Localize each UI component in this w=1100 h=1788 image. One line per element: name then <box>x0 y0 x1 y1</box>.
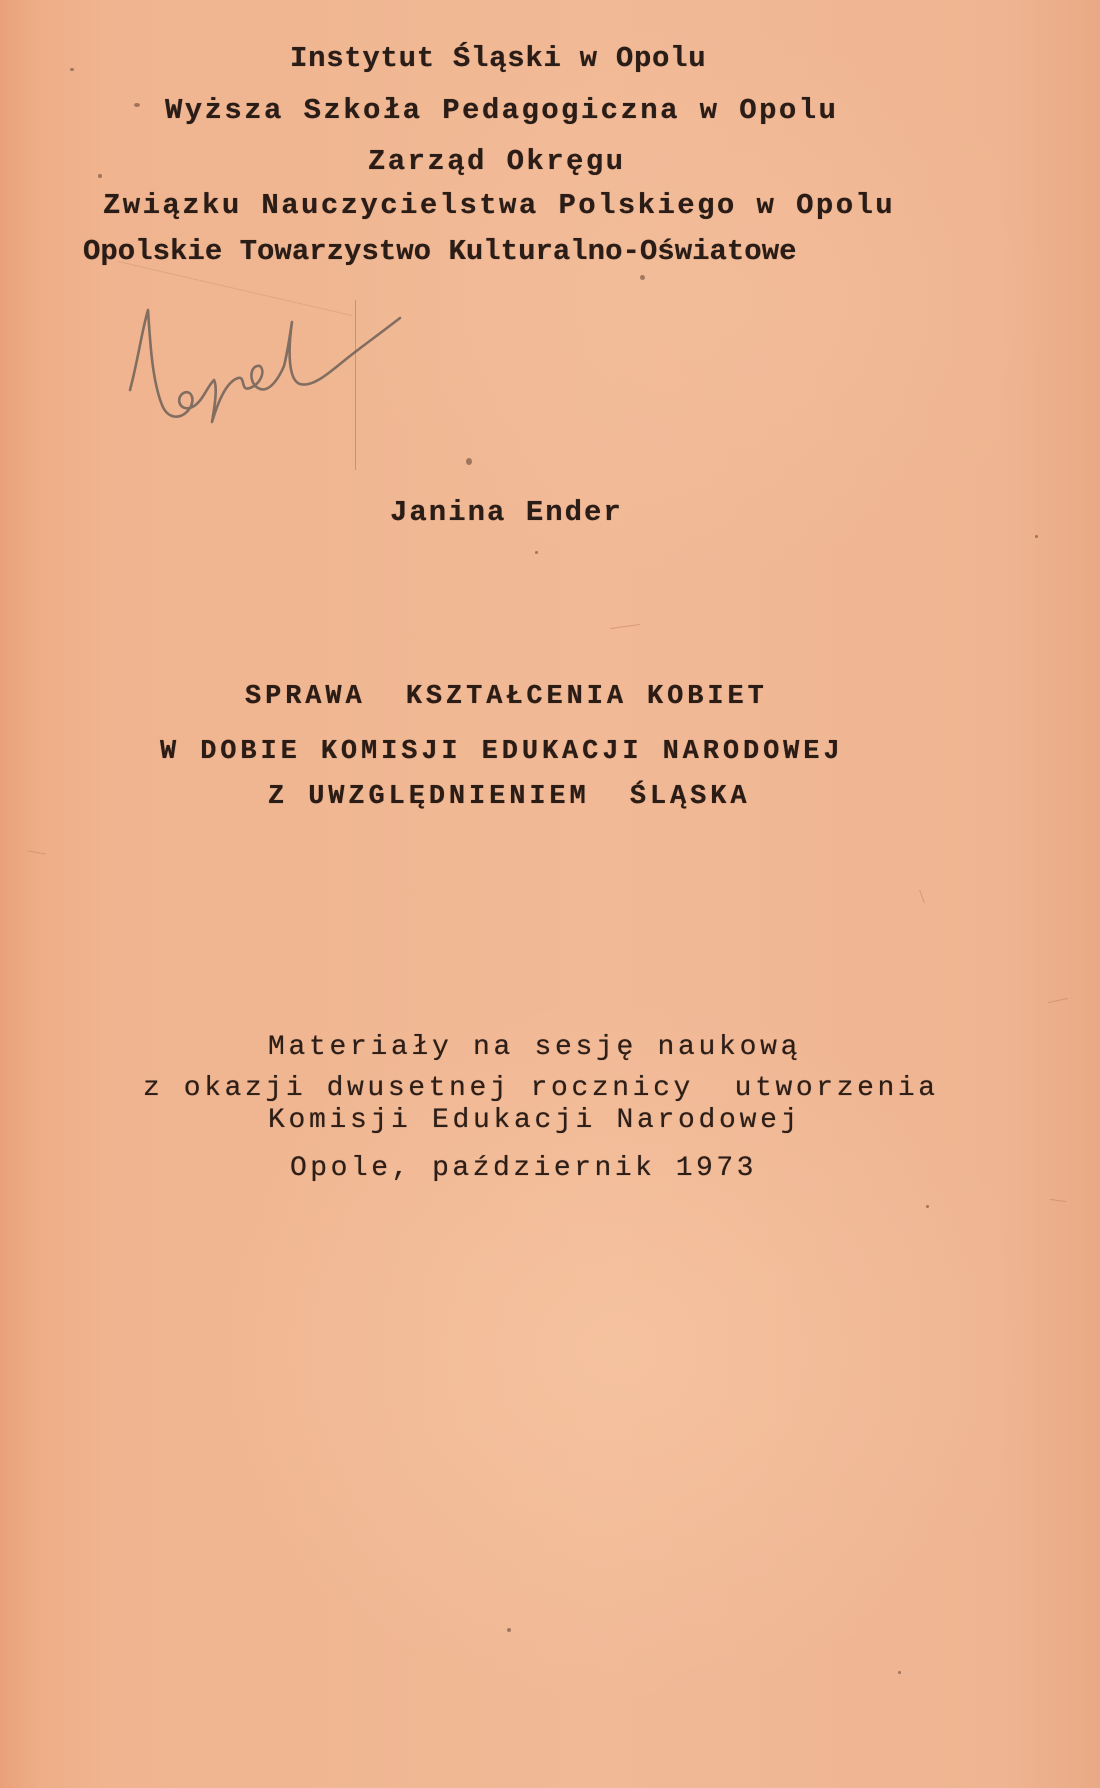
place-date: Opole, październik 1973 <box>290 1155 1100 1183</box>
paper-speck <box>535 551 538 554</box>
title-line-3: Z UWZGLĘDNIENIEM ŚLĄSKA <box>268 784 1100 811</box>
paper-speck <box>898 1671 901 1674</box>
paper-fold-line <box>355 300 356 470</box>
paper-speck <box>98 174 102 178</box>
title-line-2: W DOBIE KOMISJI EDUKACJI NARODOWEJ <box>160 739 1100 766</box>
header-line-district-board: Zarząd Okręgu <box>368 147 1100 176</box>
header-line-institute: Instytut Śląski w Opolu <box>290 44 1100 73</box>
subtitle-line-1: Materiały na sesję naukową <box>268 1034 1100 1062</box>
paper-fiber <box>1050 1199 1066 1202</box>
subtitle-line-2: z okazji dwusetnej rocznicy utworzenia <box>143 1075 1100 1103</box>
paper-speck <box>70 68 74 71</box>
title-line-1: SPRAWA KSZTAŁCENIA KOBIET <box>245 684 1100 711</box>
author-name: Janina Ender <box>390 498 1100 527</box>
document-page: Instytut Śląski w Opolu Wyższa Szkoła Pe… <box>0 0 1100 1788</box>
subtitle-line-3: Komisji Edukacji Narodowej <box>268 1107 1100 1135</box>
handwritten-signature-icon <box>110 270 410 470</box>
paper-speck <box>507 1628 511 1632</box>
paper-fiber <box>919 890 925 903</box>
paper-speck <box>640 275 645 280</box>
header-line-pedagogical-school: Wyższa Szkoła Pedagogiczna w Opolu <box>165 96 1100 125</box>
paper-fiber <box>1048 998 1068 1003</box>
paper-fiber <box>610 624 640 629</box>
header-line-cultural-society: Opolskie Towarzystwo Kulturalno-Oświatow… <box>83 237 1100 266</box>
paper-speck <box>926 1205 929 1208</box>
paper-speck <box>134 103 140 107</box>
paper-speck <box>1035 535 1038 538</box>
header-line-teachers-union: Związku Nauczycielstwa Polskiego w Opolu <box>103 191 1100 220</box>
paper-fiber <box>28 850 46 854</box>
paper-speck <box>466 458 472 465</box>
